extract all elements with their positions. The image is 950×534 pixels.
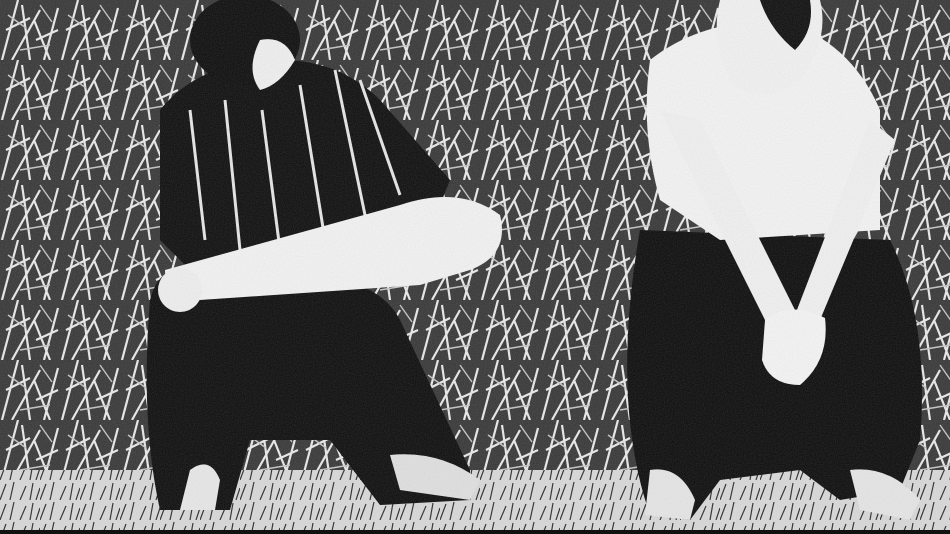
photo-scene — [0, 0, 950, 534]
photo-frame — [0, 0, 950, 534]
